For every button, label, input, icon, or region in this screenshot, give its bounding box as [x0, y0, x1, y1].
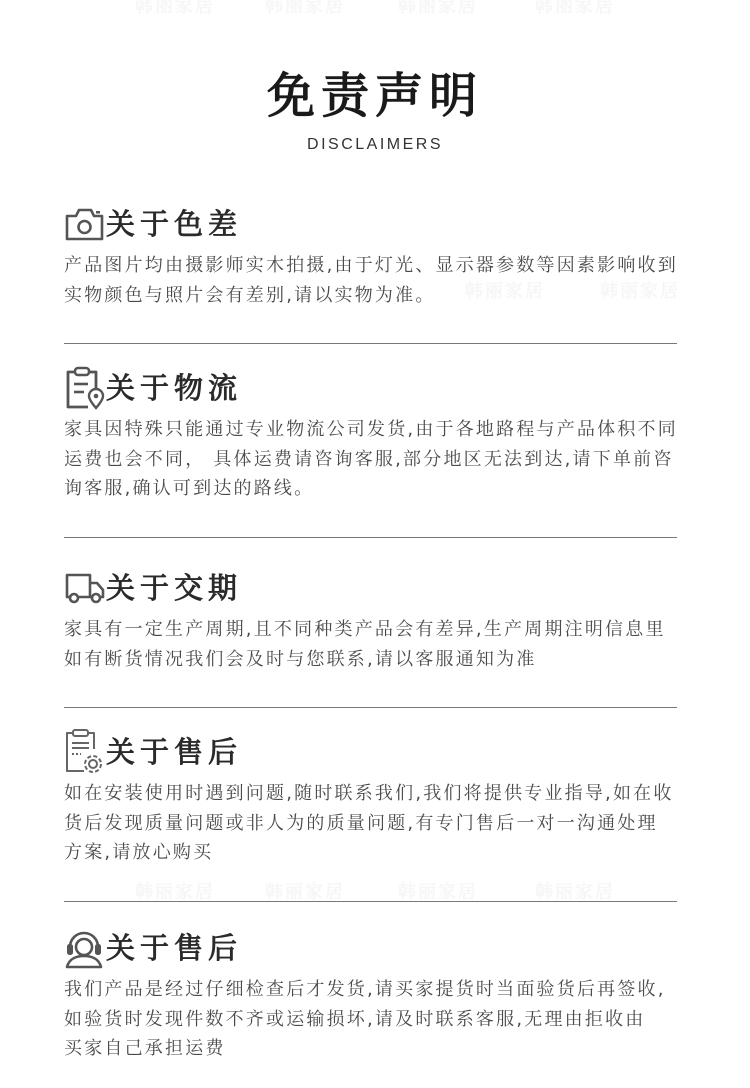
- body-line: 询客服,确认可到达的路线。: [64, 474, 694, 504]
- section-customer-service: 关于售后 我们产品是经过仔细检查后才发货,请买家提货时当面验货后再签收, 如验货…: [64, 928, 694, 1064]
- section-title: 关于色差: [106, 204, 242, 244]
- section-delivery-time: 关于交期 家具有一定生产周期,且不同种类产品会有差异,生产周期注明信息里 如有断…: [64, 568, 694, 674]
- body-line: 家具因特殊只能通过专业物流公司发货,由于各地路程与产品体积不同: [64, 415, 694, 445]
- divider: [64, 343, 677, 344]
- section-title: 关于售后: [106, 928, 242, 968]
- section-body: 我们产品是经过仔细检查后才发货,请买家提货时当面验货后再签收, 如验货时发现件数…: [64, 975, 694, 1064]
- divider: [64, 537, 677, 538]
- truck-icon: [64, 568, 106, 608]
- page-subtitle: DISCLAIMERS: [0, 136, 750, 154]
- watermark: 韩丽家居: [265, 0, 345, 18]
- body-line: 运费也会不同， 具体运费请咨询客服,部分地区无法到达,请下单前咨: [64, 445, 694, 475]
- body-line: 实物颜色与照片会有差别,请以实物为准。: [64, 281, 694, 311]
- section-header: 关于交期: [64, 568, 694, 608]
- section-body: 如在安装使用时遇到问题,随时联系我们,我们将提供专业指导,如在收 货后发现质量问…: [64, 779, 694, 868]
- section-logistics: 关于物流 家具因特殊只能通过专业物流公司发货,由于各地路程与产品体积不同 运费也…: [64, 368, 694, 504]
- section-after-sales: 关于售后 如在安装使用时遇到问题,随时联系我们,我们将提供专业指导,如在收 货后…: [64, 732, 694, 868]
- divider: [64, 707, 677, 708]
- section-header: 关于物流: [64, 368, 694, 408]
- body-line: 买家自己承担运费: [64, 1034, 694, 1064]
- section-header: 关于售后: [64, 928, 694, 968]
- watermark: 韩丽家居: [535, 0, 615, 18]
- divider: [64, 901, 677, 902]
- section-title: 关于物流: [106, 368, 242, 408]
- section-body: 产品图片均由摄影师实木拍摄,由于灯光、显示器参数等因素影响收到 实物颜色与照片会…: [64, 251, 694, 310]
- body-line: 如在安装使用时遇到问题,随时联系我们,我们将提供专业指导,如在收: [64, 779, 694, 809]
- section-title: 关于交期: [106, 568, 242, 608]
- section-header: 关于售后: [64, 732, 694, 772]
- body-line: 如验货时发现件数不齐或运输损坏,请及时联系客服,无理由拒收由: [64, 1005, 694, 1035]
- body-line: 货后发现质量问题或非人为的质量问题,有专门售后一对一沟通处理: [64, 809, 694, 839]
- body-line: 家具有一定生产周期,且不同种类产品会有差异,生产周期注明信息里: [64, 615, 694, 645]
- body-line: 我们产品是经过仔细检查后才发货,请买家提货时当面验货后再签收,: [64, 975, 694, 1005]
- section-title: 关于售后: [106, 732, 242, 772]
- camera-icon: [64, 204, 106, 244]
- body-line: 方案,请放心购买: [64, 838, 694, 868]
- section-body: 家具有一定生产周期,且不同种类产品会有差异,生产周期注明信息里 如有断货情况我们…: [64, 615, 694, 674]
- section-color-difference: 关于色差 产品图片均由摄影师实木拍摄,由于灯光、显示器参数等因素影响收到 实物颜…: [64, 204, 694, 310]
- clipboard-gear-icon: [64, 732, 106, 772]
- section-header: 关于色差: [64, 204, 694, 244]
- headset-agent-icon: [64, 928, 106, 968]
- body-line: 产品图片均由摄影师实木拍摄,由于灯光、显示器参数等因素影响收到: [64, 251, 694, 281]
- body-line: 如有断货情况我们会及时与您联系,请以客服通知为准: [64, 645, 694, 675]
- clipboard-location-icon: [64, 368, 106, 408]
- watermark: 韩丽家居: [135, 0, 215, 18]
- watermark: 韩丽家居: [398, 0, 478, 18]
- section-body: 家具因特殊只能通过专业物流公司发货,由于各地路程与产品体积不同 运费也会不同， …: [64, 415, 694, 504]
- page-title: 免责声明: [0, 66, 750, 126]
